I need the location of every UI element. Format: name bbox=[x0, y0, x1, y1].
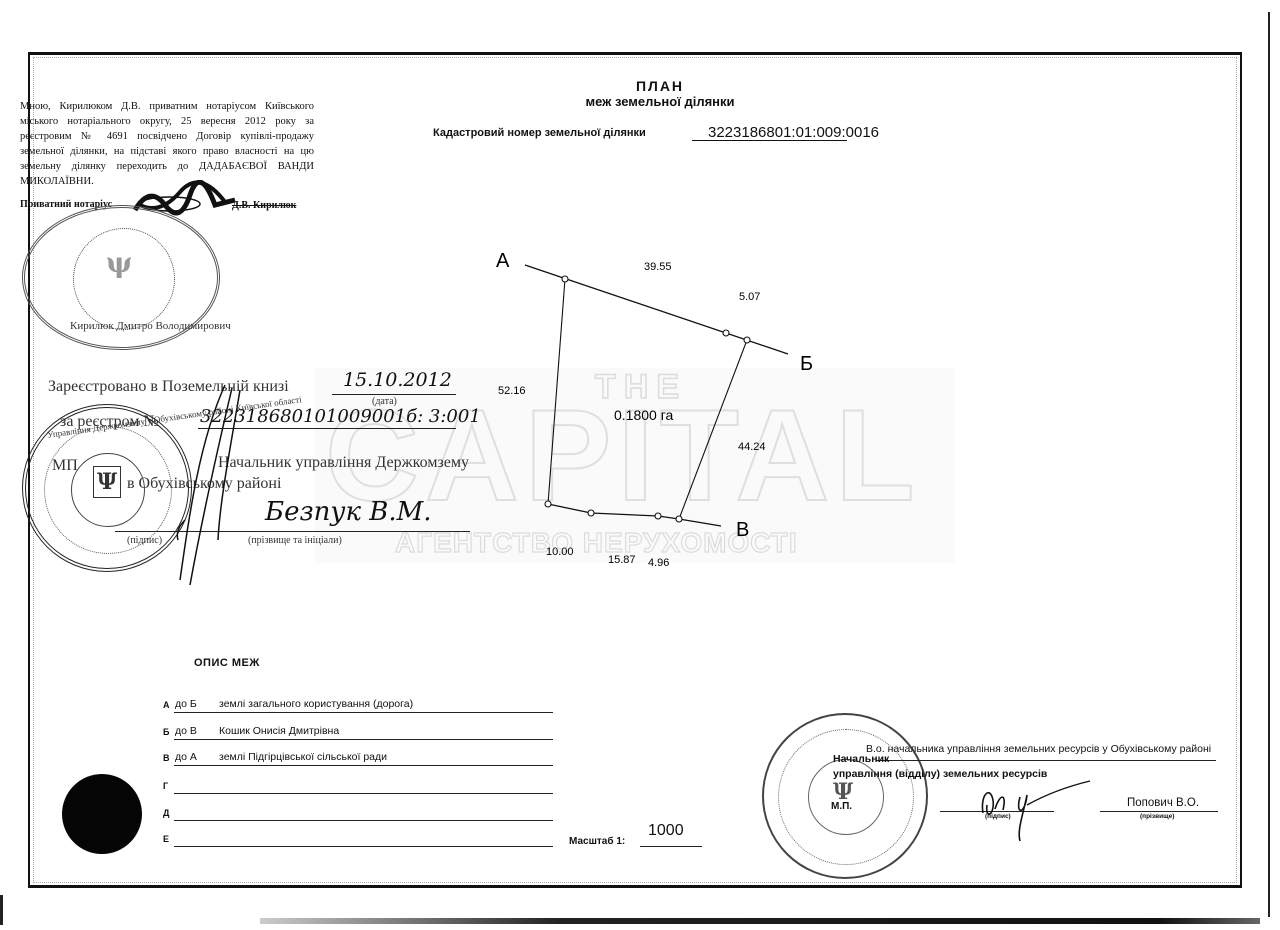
length-left: 52.16 bbox=[498, 385, 526, 397]
registration-stamp: Ψ Управління Держкомзему у Обухівському … bbox=[22, 404, 192, 572]
surname-caption: (прізвище та ініціали) bbox=[248, 535, 342, 546]
redaction-dot bbox=[62, 774, 142, 854]
scale-value: 1000 bbox=[648, 822, 684, 840]
date-underline bbox=[332, 394, 456, 395]
scale-label: Масштаб 1: bbox=[569, 836, 625, 847]
boundary-letter: Д bbox=[163, 808, 169, 818]
point-v-label: В bbox=[736, 519, 749, 541]
point-b-label: Б bbox=[800, 353, 813, 375]
coat-of-arms-icon: Ψ bbox=[93, 466, 121, 498]
boundary-letter: В bbox=[163, 753, 170, 763]
chief-surname-line bbox=[1100, 811, 1218, 812]
boundary-row: Е bbox=[163, 832, 553, 848]
length-bottom-3: 4.96 bbox=[648, 557, 669, 569]
boundary-row: Адо Бземлі загального користування (доро… bbox=[163, 698, 553, 714]
boundary-to: до А bbox=[175, 751, 197, 763]
boundary-to: до В bbox=[175, 725, 197, 737]
scan-edge-left bbox=[0, 895, 3, 925]
boundary-letter: Е bbox=[163, 834, 169, 844]
land-plot-plan: А Б В 39.55 5.07 52.16 44.24 10.00 15.87… bbox=[480, 240, 840, 600]
notary-name: Д.В. Кирилюк bbox=[232, 200, 296, 211]
scan-edge-bottom bbox=[260, 918, 1260, 924]
land-resources-stamp: Ψ bbox=[762, 713, 928, 879]
chief-signature bbox=[965, 775, 1095, 845]
boundary-description: землі Підгірцівської сільської ради bbox=[219, 751, 387, 763]
notary-certification: Мною, Кирилюком Д.В. приватним нотаріусо… bbox=[20, 99, 314, 189]
length-top: 39.55 bbox=[644, 261, 672, 273]
notary-stamp: Кирилюк Дмитро Володимирович ψ bbox=[22, 205, 220, 350]
plot-area: 0.1800 га bbox=[614, 407, 674, 423]
length-bottom-1: 10.00 bbox=[546, 546, 574, 558]
length-top-right: 5.07 bbox=[739, 291, 760, 303]
boundary-underline bbox=[174, 820, 553, 821]
chief-surname-caption: (прізвище) bbox=[1140, 813, 1174, 820]
boundary-row: Д bbox=[163, 806, 553, 822]
chief-title-line-1: Начальник bbox=[833, 753, 889, 765]
registrar-surname: Безпук В.М. bbox=[265, 497, 432, 527]
boundary-description: Кошик Онисія Дмитрівна bbox=[219, 725, 339, 737]
boundary-underline bbox=[174, 765, 553, 766]
boundary-underline bbox=[174, 793, 553, 794]
boundary-row: Бдо ВКошик Онисія Дмитрівна bbox=[163, 725, 553, 741]
cadastral-number: 3223186801:01:009:0016 bbox=[708, 124, 898, 141]
chief-surname: Попович В.О. bbox=[1127, 797, 1199, 809]
acting-underline bbox=[876, 760, 1216, 761]
boundary-row: Вдо Аземлі Підгірцівської сільської ради bbox=[163, 751, 553, 767]
boundary-letter: Г bbox=[163, 781, 168, 791]
length-right: 44.24 bbox=[738, 441, 766, 453]
registered-label: Зареєстровано в Поземельній книзі bbox=[48, 378, 289, 396]
boundary-description: землі загального користування (дорога) bbox=[219, 698, 413, 710]
boundaries-title: ОПИС МЕЖ bbox=[194, 657, 260, 669]
registration-date: 15.10.2012 bbox=[343, 369, 452, 391]
boundary-letter: Б bbox=[163, 727, 169, 737]
boundary-underline bbox=[174, 846, 553, 847]
point-a-label: А bbox=[496, 250, 510, 272]
length-bottom-2: 15.87 bbox=[608, 554, 636, 566]
acting-chief-title: В.о. начальника управління земельних рес… bbox=[866, 743, 1211, 755]
scan-edge-right bbox=[1268, 12, 1270, 917]
seal-place-label: М.П. bbox=[831, 801, 852, 812]
boundary-to: до Б bbox=[175, 698, 197, 710]
scale-underline bbox=[640, 846, 702, 847]
boundary-row: Г bbox=[163, 779, 553, 795]
document-subtitle: меж земельної ділянки bbox=[485, 94, 835, 109]
boundary-underline bbox=[174, 739, 553, 740]
boundary-letter: А bbox=[163, 700, 170, 710]
office-line-1: Начальник управління Держкомзему bbox=[218, 454, 469, 472]
document-title: ПЛАН bbox=[560, 78, 760, 94]
cadastral-label: Кадастровий номер земельної ділянки bbox=[433, 127, 646, 139]
boundary-underline bbox=[174, 712, 553, 713]
